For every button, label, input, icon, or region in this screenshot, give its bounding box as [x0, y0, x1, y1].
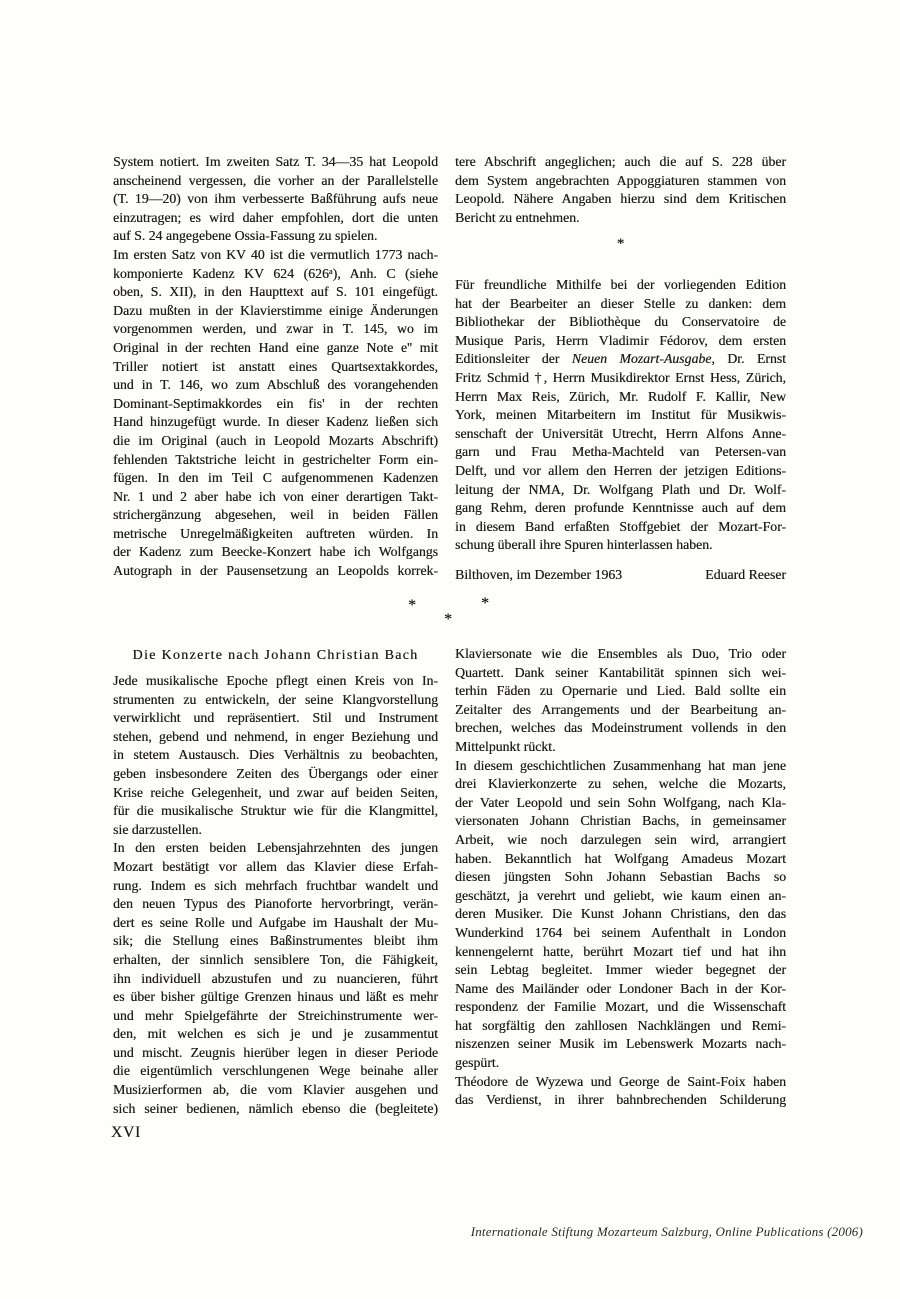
text-line: metrische Unregelmäßigkeiten auftreten w… — [113, 525, 438, 544]
text-line: geschätzt, ja verehrt und geliebt, wie k… — [455, 887, 786, 906]
text-line: System notiert. Im zweiten Satz T. 34—35… — [113, 153, 438, 172]
text-line: senschaft der Universität Utrecht, Herrn… — [455, 425, 786, 444]
text-line: Bericht zu entnehmen. — [455, 209, 786, 228]
text-line: gang Rehm, deren profunde Kenntnisse auc… — [455, 499, 786, 518]
text-line: Musizierformen ab, die vom Klavier ausge… — [113, 1081, 438, 1100]
footer-credit: Internationale Stiftung Mozarteum Salzbu… — [471, 1224, 863, 1240]
paragraph-block: In diesem geschichtlichen Zusammenhang h… — [455, 757, 786, 1073]
text-line: die im Original (auch in Leopold Mozarts… — [113, 432, 438, 451]
text-line: Jede musikalische Epoche pflegt einen Kr… — [113, 672, 438, 691]
text-line: deren Musiker. Die Kunst Johann Christia… — [455, 905, 786, 924]
signature-name: Eduard Reeser — [705, 566, 786, 585]
text-line: niszenzen seiner Musik im Lebenswerk Moz… — [455, 1035, 786, 1054]
text-line: sie darzustellen. — [113, 821, 438, 840]
text-line: Mozart bestätigt vor allem das Klavier d… — [113, 858, 438, 877]
text-line: sik; die Stellung eines Baßinstrumentes … — [113, 932, 438, 951]
paragraph-block: System notiert. Im zweiten Satz T. 34—35… — [113, 153, 438, 246]
text-line: fügen. In den im Teil C aufgenommenen Ka… — [113, 469, 438, 488]
text-line: geben insbesondere Zeiten des Übergangs … — [113, 765, 438, 784]
text-line: Arbeit, wie noch darzulegen sein wird, a… — [455, 831, 786, 850]
text-line: drei Klavierkonzerte zu sehen, welche di… — [455, 775, 786, 794]
text-line: gespürt. — [455, 1054, 786, 1073]
text-line: fehlenden Taktstriche leicht in gestrich… — [113, 451, 438, 470]
paragraph-block: Théodore de Wyzewa und George de Saint-F… — [455, 1073, 786, 1110]
text-line: Wunderkind 1764 bei seinem Aufenthalt in… — [455, 924, 786, 943]
text-line: kennengelernt hatte, berührt Mozart tief… — [455, 943, 786, 962]
text-line: das Verdienst, in ihrer bahnbrechenden S… — [455, 1091, 786, 1110]
text-line: Herrn Max Reis, Zürich, Mr. Rudolf F. Ka… — [455, 388, 786, 407]
text-line: York, meinen Mitarbeitern im Institut fü… — [455, 406, 786, 425]
text-line: es über bisher gültige Grenzen hinaus un… — [113, 988, 438, 1007]
paragraph-block: Klaviersonate wie die Ensembles als Duo,… — [455, 645, 786, 757]
text-line: (T. 19—20) von ihm verbesserte Baßführun… — [113, 190, 438, 209]
text-line: auf S. 24 angegebene Ossia-Fassung zu sp… — [113, 227, 438, 246]
text-line: Triller notiert ist anstatt eines Quarts… — [113, 358, 438, 377]
text-line: vorgenommen werden, und zwar in T. 145, … — [113, 320, 438, 339]
text-line: die eigentümlich verschlungenen Wege bei… — [113, 1062, 438, 1081]
text-line: komponierte Kadenz KV 624 (626ᵃ), Anh. C… — [113, 265, 438, 284]
text-line: haben. Bekanntlich hat Wolfgang Amadeus … — [455, 850, 786, 869]
text-line: hat der Bearbeiter an dieser Stelle zu d… — [455, 295, 786, 314]
text-line: Nr. 1 und 2 aber habe ich von einer dera… — [113, 488, 438, 507]
text-line: Quartett. Dank seiner Kantabilität spinn… — [455, 664, 786, 683]
asterisk-divider: * — [481, 597, 489, 611]
paragraph-block: Jede musikalische Epoche pflegt einen Kr… — [113, 672, 438, 839]
text-line: erhalten, der sinnlich sensiblere Ton, d… — [113, 951, 438, 970]
text-line: in stetem Austausch. Dies Verhältnis zu … — [113, 746, 438, 765]
text-line: Dazu mußten in der Klavierstimme einige … — [113, 302, 438, 321]
text-line: Mittelpunkt rückt. — [455, 738, 786, 757]
text-line: den neuen Typus des Pianoforte hervorbri… — [113, 895, 438, 914]
text-line: Editionsleiter der Neuen Mozart-Ausgabe,… — [455, 350, 786, 369]
text-line: und mehr Spielgefährte der Streichinstru… — [113, 1007, 438, 1026]
text-line: Im ersten Satz von KV 40 ist die vermutl… — [113, 246, 438, 265]
text-line: diesen jüngsten Sohn Johann Sebastian Ba… — [455, 868, 786, 887]
text-line: Hand hinzugefügt wurde. In dieser Kadenz… — [113, 413, 438, 432]
text-line: Autograph in der Pausensetzung an Leopol… — [113, 562, 438, 581]
text-line: dert es seine Rolle und Aufgabe im Haush… — [113, 914, 438, 933]
text-line: viersonaten Johann Christian Bachs, in g… — [455, 812, 786, 831]
text-line: Dominant-Septimakkordes ein fis' in der … — [113, 395, 438, 414]
text-line: Théodore de Wyzewa und George de Saint-F… — [455, 1073, 786, 1092]
text-line: hat sorgfältig den zahllosen Nachklängen… — [455, 1017, 786, 1036]
text-line: tere Abschrift angeglichen; auch die auf… — [455, 153, 786, 172]
text-line: Musique Paris, Herrn Vladimir Fédorov, d… — [455, 332, 786, 351]
text-line: in diesem Band erfaßten Stoffgebiet der … — [455, 518, 786, 537]
text-line: ihn individuell abzustufen und zu nuanci… — [113, 970, 438, 989]
text-line: rung. Indem es sich mehrfach fruchtbar w… — [113, 877, 438, 896]
text-line: schung überall ihre Spuren hinterlassen … — [455, 536, 786, 555]
text-line: für die musikalische Struktur wie für di… — [113, 802, 438, 821]
text-line: der Kadenz zum Beecke-Konzert habe ich W… — [113, 543, 438, 562]
text-line: Name des Mailänder oder Londoner Bach in… — [455, 980, 786, 999]
text-line: und in T. 146, wo zum Abschluß des voran… — [113, 376, 438, 395]
text-line: anscheinend vergessen, die vorher an der… — [113, 172, 438, 191]
text-line: den, mit welchen es sich je und je zusam… — [113, 1025, 438, 1044]
signature-place-date: Bilthoven, im Dezember 1963 — [455, 566, 622, 585]
text-line: Krise reiche Gelegenheit, und zwar auf b… — [113, 784, 438, 803]
text-line: Original in der rechten Hand eine ganze … — [113, 339, 438, 358]
top-right-column: tere Abschrift angeglichen; auch die auf… — [455, 153, 786, 584]
page-number: XVI — [111, 1124, 141, 1142]
text-line: Leopold. Nähere Angaben hierzu sind dem … — [455, 190, 786, 209]
text-line: und mischt. Zeugnis hierüber legen in di… — [113, 1044, 438, 1063]
text-line: Delft, und vor allem den Herren der jetz… — [455, 462, 786, 481]
text-line: brechen, welches das Modeinstrument voll… — [455, 719, 786, 738]
text-line: Für freundliche Mithilfe bei der vorlieg… — [455, 276, 786, 295]
bottom-right-column: Klaviersonate wie die Ensembles als Duo,… — [455, 645, 786, 1110]
section-heading: Die Konzerte nach Johann Christian Bach — [113, 646, 438, 665]
asterisk-separator: * — [455, 235, 786, 254]
text-line: sein Lebtag begleitet. Immer wieder bege… — [455, 961, 786, 980]
text-line: der Vater Leopold und sein Sohn Wolfgang… — [455, 794, 786, 813]
text-line: dem System angebrachten Appoggiaturen st… — [455, 172, 786, 191]
text-line: In diesem geschichtlichen Zusammenhang h… — [455, 757, 786, 776]
top-left-column: System notiert. Im zweiten Satz T. 34—35… — [113, 153, 438, 581]
document-page: System notiert. Im zweiten Satz T. 34—35… — [0, 0, 900, 1299]
text-line: Zeitalter des Arrangements und der Bearb… — [455, 701, 786, 720]
text-line: In den ersten beiden Lebensjahrzehnten d… — [113, 839, 438, 858]
paragraph-block: In den ersten beiden Lebensjahrzehnten d… — [113, 839, 438, 1118]
paragraph-block: Im ersten Satz von KV 40 ist die vermutl… — [113, 246, 438, 581]
paragraph-block: tere Abschrift angeglichen; auch die auf… — [455, 153, 786, 227]
text-line: einzutragen; es wird daher empfohlen, do… — [113, 209, 438, 228]
text-line: Klaviersonate wie die Ensembles als Duo,… — [455, 645, 786, 664]
text-line: sich seiner bedienen, nämlich ebenso die… — [113, 1100, 438, 1119]
text-line: leitung der NMA, Dr. Wolfgang Plath und … — [455, 481, 786, 500]
text-line: respondenz der Familie Mozart, und die W… — [455, 998, 786, 1017]
text-line: verwirklicht und repräsentiert. Stil und… — [113, 709, 438, 728]
text-line: strichergänzung abgesehen, weil in beide… — [113, 506, 438, 525]
text-line: strumenten zu entwickeln, der seine Klan… — [113, 691, 438, 710]
asterisk-divider: * — [408, 599, 416, 613]
paragraph-block: Für freundliche Mithilfe bei der vorlieg… — [455, 276, 786, 555]
bottom-left-column: Die Konzerte nach Johann Christian Bach … — [113, 646, 438, 1118]
signature-line: Bilthoven, im Dezember 1963 Eduard Reese… — [455, 566, 786, 585]
text-line: oben, S. XII), in den Haupttext auf S. 1… — [113, 283, 438, 302]
text-line: terhin Fäden zu Opernarie und Lied. Bald… — [455, 682, 786, 701]
text-line: garn und Frau Metha-Machteld van Peterse… — [455, 443, 786, 462]
text-line: Fritz Schmid †, Herrn Musikdirektor Erns… — [455, 369, 786, 388]
asterisk-divider: * — [444, 613, 452, 627]
text-line: stehen, gebend und nehmend, in enger Bez… — [113, 728, 438, 747]
text-line: Bibliothekar der Bibliothèque du Conserv… — [455, 313, 786, 332]
